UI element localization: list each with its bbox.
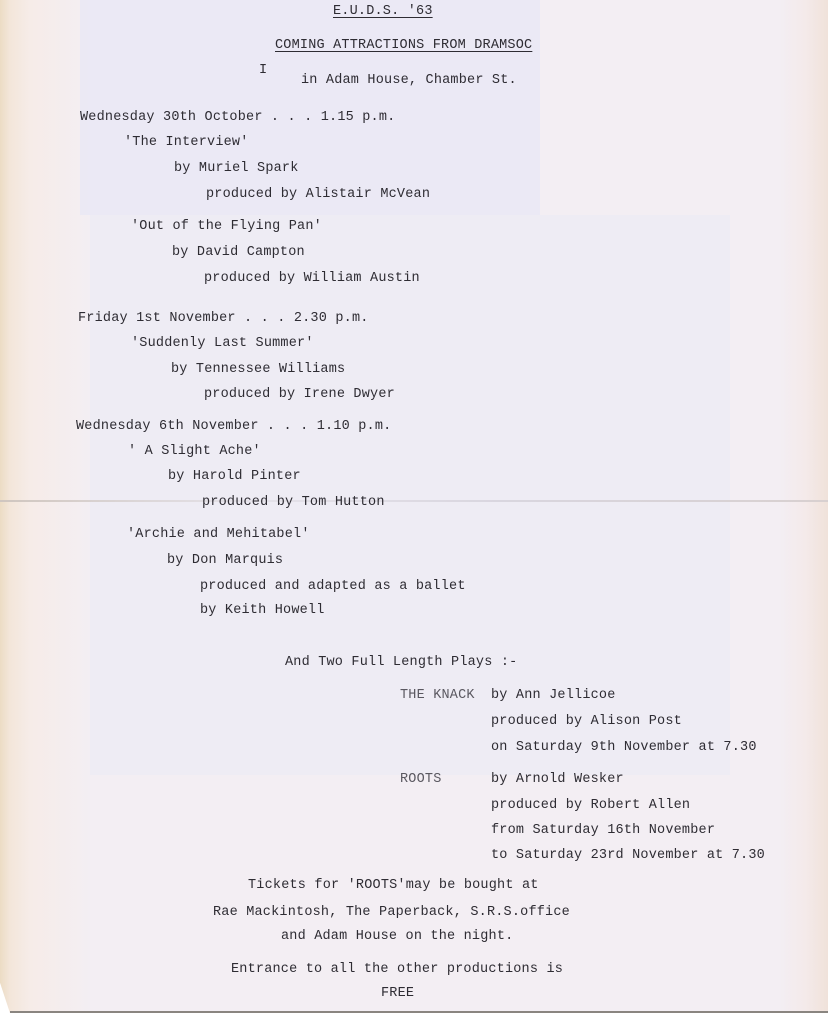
full-play-title: ROOTS [400, 772, 442, 788]
play-author: by Harold Pinter [168, 469, 301, 485]
play-title: 'Archie and Mehitabel' [127, 527, 310, 543]
full-play-line: produced by Alison Post [491, 714, 682, 730]
tickets-line: Tickets for 'ROOTS'may be bought at [248, 878, 539, 894]
session-date: Wednesday 30th October . . . 1.15 p.m. [80, 110, 395, 126]
full-play-line: on Saturday 9th November at 7.30 [491, 740, 757, 756]
paper-tint [80, 0, 540, 215]
free-label: FREE [381, 986, 414, 1002]
full-play-line: produced by Robert Allen [491, 798, 690, 814]
play-producer: produced by Irene Dwyer [204, 387, 395, 403]
venue: in Adam House, Chamber St. [301, 73, 517, 89]
full-play-line: by Arnold Wesker [491, 772, 624, 788]
play-producer: by Keith Howell [200, 603, 325, 619]
fold-crease [0, 500, 828, 502]
play-producer: produced by Tom Hutton [202, 495, 385, 511]
play-producer: produced by William Austin [204, 271, 420, 287]
entrance-line: Entrance to all the other productions is [231, 962, 563, 978]
page-title: COMING ATTRACTIONS FROM DRAMSOC [275, 38, 532, 54]
play-producer: produced and adapted as a ballet [200, 579, 466, 595]
margin-mark: I [259, 63, 267, 79]
full-play-line: from Saturday 16th November [491, 823, 715, 839]
society-heading: E.U.D.S. '63 [333, 4, 433, 20]
play-title: 'Out of the Flying Pan' [131, 219, 322, 235]
play-title: ' A Slight Ache' [128, 444, 261, 460]
full-play-line: to Saturday 23rd November at 7.30 [491, 848, 765, 864]
session-date: Wednesday 6th November . . . 1.10 p.m. [76, 419, 391, 435]
play-title: 'Suddenly Last Summer' [131, 336, 314, 352]
play-author: by Tennessee Williams [171, 362, 345, 378]
full-length-heading: And Two Full Length Plays :- [285, 655, 517, 671]
play-author: by David Campton [172, 245, 305, 261]
session-date: Friday 1st November . . . 2.30 p.m. [78, 311, 369, 327]
paper-bottom-edge [10, 1011, 828, 1013]
tickets-line: and Adam House on the night. [281, 929, 513, 945]
play-author: by Muriel Spark [174, 161, 299, 177]
play-title: 'The Interview' [124, 135, 249, 151]
play-producer: produced by Alistair McVean [206, 187, 430, 203]
full-play-line: by Ann Jellicoe [491, 688, 616, 704]
play-author: by Don Marquis [167, 553, 283, 569]
tickets-line: Rae Mackintosh, The Paperback, S.R.S.off… [213, 905, 570, 921]
full-play-title: THE KNACK [400, 688, 475, 704]
